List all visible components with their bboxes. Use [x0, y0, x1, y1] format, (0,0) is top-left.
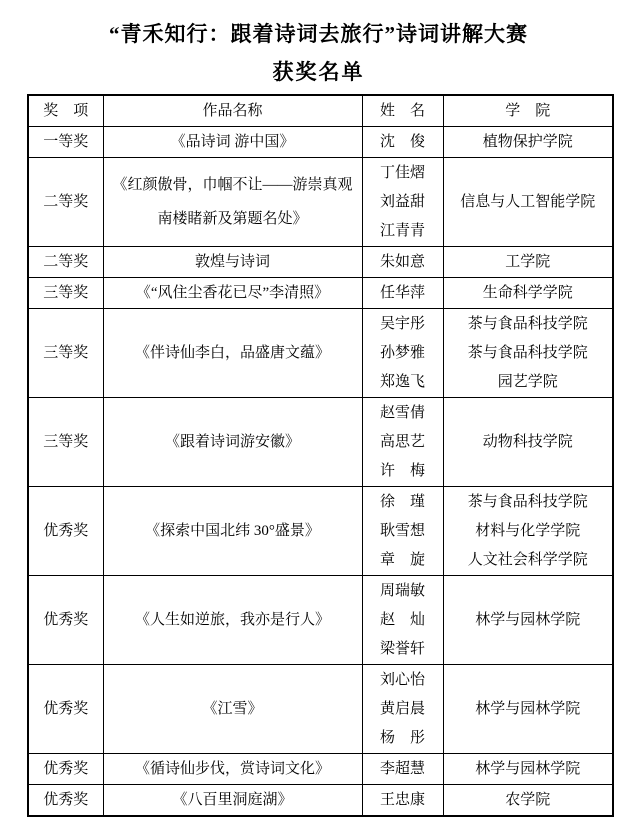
names-cell: 沈 俊 [362, 127, 443, 158]
names-cell: 吴宇彤 孙梦雅 郑逸飞 [362, 309, 443, 398]
work-cell: 《探索中国北纬 30°盛景》 [103, 487, 362, 576]
page-subtitle: 获奖名单 [0, 58, 637, 86]
names-cell: 周瑞敏 赵 灿 梁誉轩 [362, 576, 443, 665]
table-row: 一等奖 《品诗词 游中国》 沈 俊 植物保护学院 [28, 127, 613, 158]
colleges-cell: 信息与人工智能学院 [443, 158, 613, 247]
names-cell: 刘心怡 黄启晨 杨 彤 [362, 665, 443, 754]
header-work: 作品名称 [103, 95, 362, 127]
award-cell: 优秀奖 [28, 576, 103, 665]
table-row: 三等奖 《跟着诗词游安徽》 赵雪倩 高思艺 许 梅 动物科技学院 [28, 398, 613, 487]
work-cell: 《江雪》 [103, 665, 362, 754]
award-cell: 三等奖 [28, 309, 103, 398]
award-cell: 优秀奖 [28, 487, 103, 576]
colleges-cell: 工学院 [443, 247, 613, 278]
award-cell: 三等奖 [28, 278, 103, 309]
work-cell: 《跟着诗词游安徽》 [103, 398, 362, 487]
award-cell: 一等奖 [28, 127, 103, 158]
table-row: 二等奖 《红颜傲骨，巾帼不让——游崇真观 南楼睹新及第题名处》 丁佳熠 刘益甜 … [28, 158, 613, 247]
work-cell: 《伴诗仙李白，品盛唐文蕴》 [103, 309, 362, 398]
table-row: 三等奖 《伴诗仙李白，品盛唐文蕴》 吴宇彤 孙梦雅 郑逸飞 茶与食品科技学院 茶… [28, 309, 613, 398]
names-cell: 李超慧 [362, 754, 443, 785]
names-cell: 任华萍 [362, 278, 443, 309]
names-cell: 朱如意 [362, 247, 443, 278]
colleges-cell: 农学院 [443, 785, 613, 817]
work-cell: 《人生如逆旅，我亦是行人》 [103, 576, 362, 665]
colleges-cell: 生命科学学院 [443, 278, 613, 309]
work-cell: 《八百里洞庭湖》 [103, 785, 362, 817]
table-row: 优秀奖 《人生如逆旅，我亦是行人》 周瑞敏 赵 灿 梁誉轩 林学与园林学院 [28, 576, 613, 665]
work-cell: 《红颜傲骨，巾帼不让——游崇真观 南楼睹新及第题名处》 [103, 158, 362, 247]
colleges-cell: 林学与园林学院 [443, 576, 613, 665]
table-row: 三等奖 《“风住尘香花已尽”李清照》 任华萍 生命科学学院 [28, 278, 613, 309]
names-cell: 赵雪倩 高思艺 许 梅 [362, 398, 443, 487]
work-cell: 《品诗词 游中国》 [103, 127, 362, 158]
award-cell: 优秀奖 [28, 665, 103, 754]
work-cell: 《循诗仙步伐，赏诗词文化》 [103, 754, 362, 785]
award-cell: 二等奖 [28, 158, 103, 247]
page-title: “青禾知行：跟着诗词去旅行”诗词讲解大赛 [0, 20, 637, 48]
table-header-row: 奖 项 作品名称 姓 名 学 院 [28, 95, 613, 127]
colleges-cell: 茶与食品科技学院 材料与化学学院 人文社会科学学院 [443, 487, 613, 576]
award-cell: 二等奖 [28, 247, 103, 278]
work-cell: 《“风住尘香花已尽”李清照》 [103, 278, 362, 309]
table-row: 优秀奖 《探索中国北纬 30°盛景》 徐 瑾 耿雪想 章 旋 茶与食品科技学院 … [28, 487, 613, 576]
table-row: 优秀奖 《江雪》 刘心怡 黄启晨 杨 彤 林学与园林学院 [28, 665, 613, 754]
table-row: 二等奖 敦煌与诗词 朱如意 工学院 [28, 247, 613, 278]
header-name: 姓 名 [362, 95, 443, 127]
names-cell: 徐 瑾 耿雪想 章 旋 [362, 487, 443, 576]
table-row: 优秀奖 《循诗仙步伐，赏诗词文化》 李超慧 林学与园林学院 [28, 754, 613, 785]
award-cell: 优秀奖 [28, 754, 103, 785]
names-cell: 王忠康 [362, 785, 443, 817]
award-cell: 优秀奖 [28, 785, 103, 817]
header-college: 学 院 [443, 95, 613, 127]
award-table: 奖 项 作品名称 姓 名 学 院 一等奖 《品诗词 游中国》 沈 俊 植物保护学… [27, 94, 614, 817]
colleges-cell: 林学与园林学院 [443, 665, 613, 754]
award-cell: 三等奖 [28, 398, 103, 487]
header-award: 奖 项 [28, 95, 103, 127]
work-cell: 敦煌与诗词 [103, 247, 362, 278]
colleges-cell: 林学与园林学院 [443, 754, 613, 785]
colleges-cell: 植物保护学院 [443, 127, 613, 158]
colleges-cell: 茶与食品科技学院 茶与食品科技学院 园艺学院 [443, 309, 613, 398]
table-row: 优秀奖 《八百里洞庭湖》 王忠康 农学院 [28, 785, 613, 817]
names-cell: 丁佳熠 刘益甜 江青青 [362, 158, 443, 247]
colleges-cell: 动物科技学院 [443, 398, 613, 487]
